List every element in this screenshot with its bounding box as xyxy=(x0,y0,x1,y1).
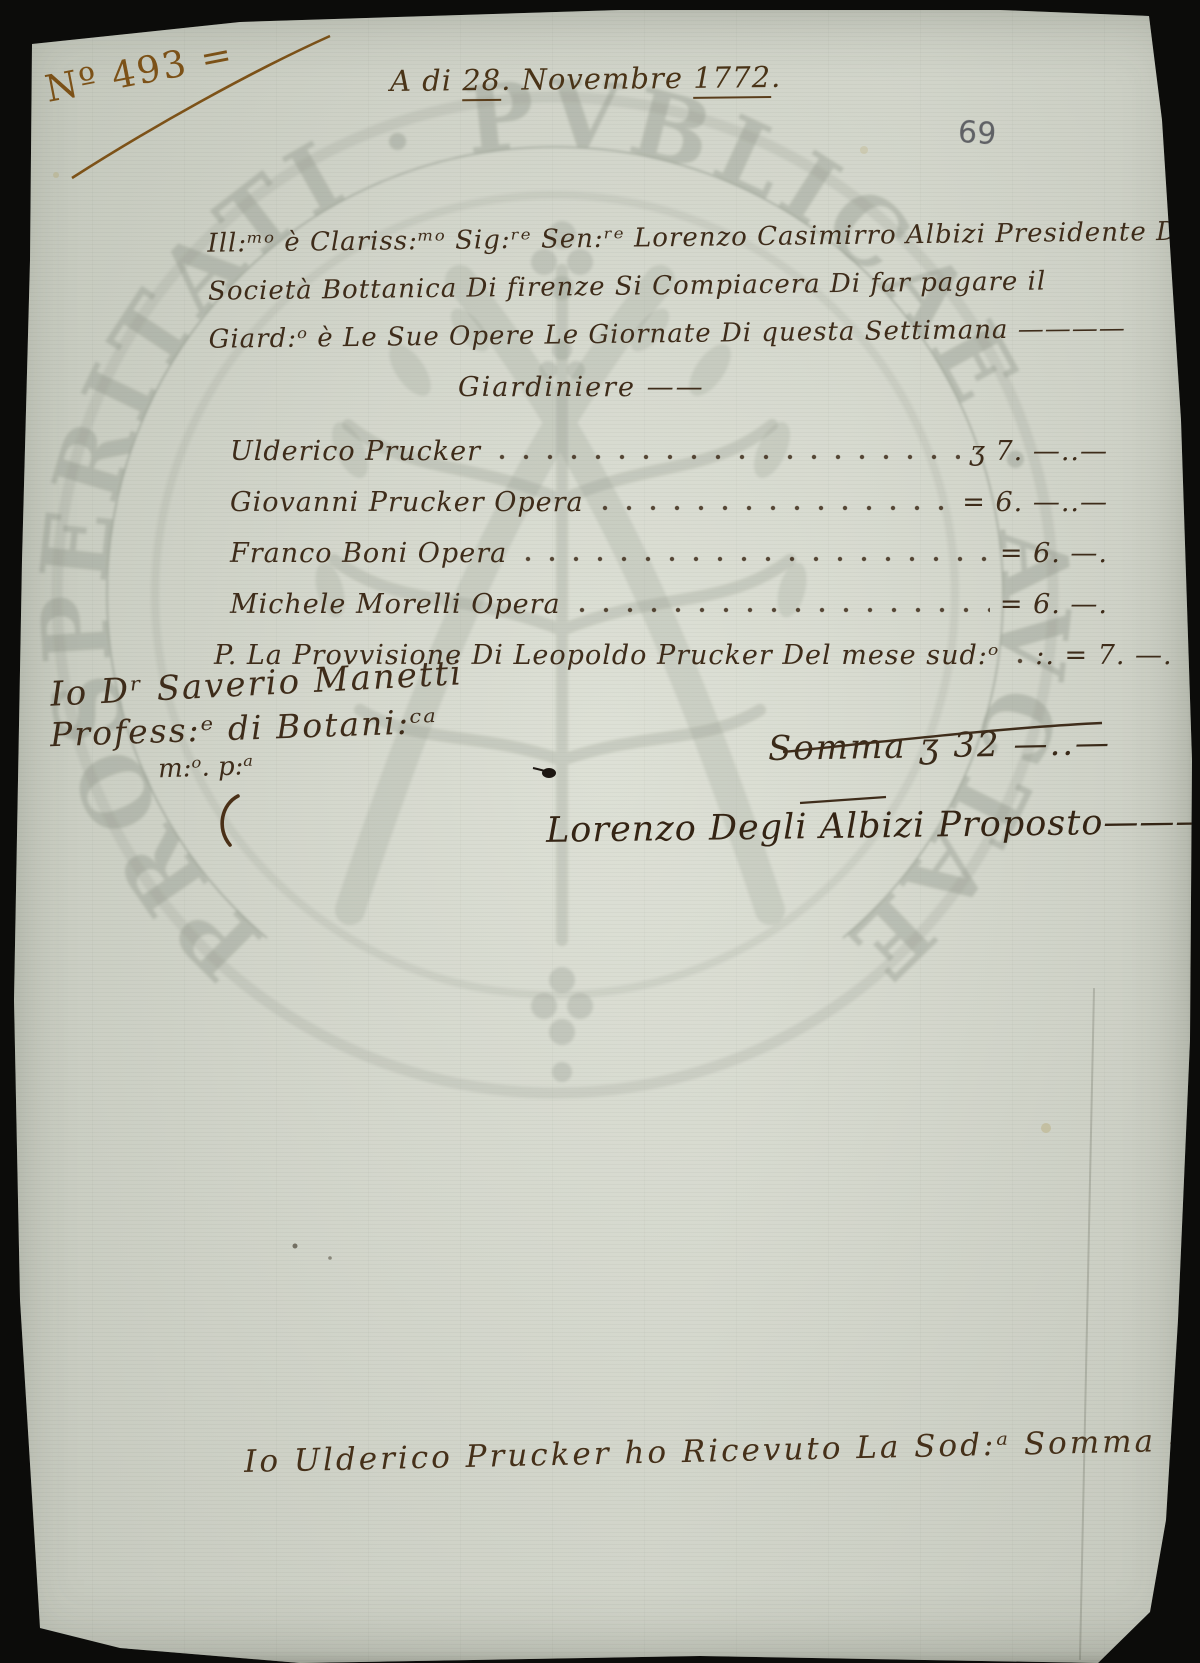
date-month: . Novembre xyxy=(501,61,693,97)
entry-amount: ʒ 7. —..— xyxy=(970,435,1108,469)
entry-row: Michele Morelli Opera = 6. —. xyxy=(230,571,1108,622)
date-prefix: A di xyxy=(390,63,463,98)
receipt-line: Io Ulderico Prucker ho Ricevuto La Sod:ᵃ… xyxy=(244,1420,1200,1480)
somma-total: Somma ʒ 32 —..— xyxy=(768,723,1112,769)
date-day: 28 xyxy=(462,63,501,101)
entry-label: Giovanni Prucker Opera xyxy=(230,486,584,520)
entry-label: Ulderico Prucker xyxy=(230,435,481,469)
paper-speck xyxy=(328,1256,332,1260)
entry-amount: = 6. —..— xyxy=(962,486,1108,520)
entry-label: Franco Boni Opera xyxy=(230,537,507,571)
paper-sheet: PROSPERITATI · PVBLICAE · AVCTAE xyxy=(0,0,1200,1663)
entries-list: Ulderico Prucker ʒ 7. —..— Giovanni Pruc… xyxy=(230,418,1108,673)
dotted-leader xyxy=(499,453,960,461)
entry-row: Ulderico Prucker ʒ 7. —..— xyxy=(230,418,1108,469)
entry-label: Michele Morelli Opera xyxy=(230,588,561,622)
dotted-leader xyxy=(602,504,953,512)
entry-amount: = 6. —. xyxy=(1000,537,1108,571)
date-period: . xyxy=(771,60,782,94)
scan-background: PROSPERITATI · PVBLICAE · AVCTAE xyxy=(0,0,1200,1663)
entry-row: Franco Boni Opera = 6. —. xyxy=(230,520,1108,571)
left-signature: Io Dʳ Saverio Manetti Profess:ᵉ di Botan… xyxy=(50,664,463,779)
entry-row: Giovanni Prucker Opera = 6. —..— xyxy=(230,469,1108,520)
body-paragraph: Ill:ᵐᵒ è Clariss:ᵐᵒ Sig:ʳᵉ Sen:ʳᵉ Lorenz… xyxy=(207,208,1149,363)
dotted-leader xyxy=(579,606,990,614)
paper-speck xyxy=(293,1244,298,1249)
entry-amount: = 6. —. xyxy=(1000,588,1108,622)
date-year: 1772 xyxy=(693,60,771,99)
left-signature-line-3: m:ᵒ. p:ᵃ xyxy=(158,744,464,785)
date-line: A di 28. Novembre 1772. xyxy=(390,60,782,98)
entry-amount: :. = 7. —. xyxy=(1035,639,1172,673)
folio-number: 69 xyxy=(957,115,998,153)
dotted-leader xyxy=(1017,657,1025,665)
subheading-giardiniere: Giardiniere —— xyxy=(458,372,705,403)
dotted-leader xyxy=(525,555,990,563)
